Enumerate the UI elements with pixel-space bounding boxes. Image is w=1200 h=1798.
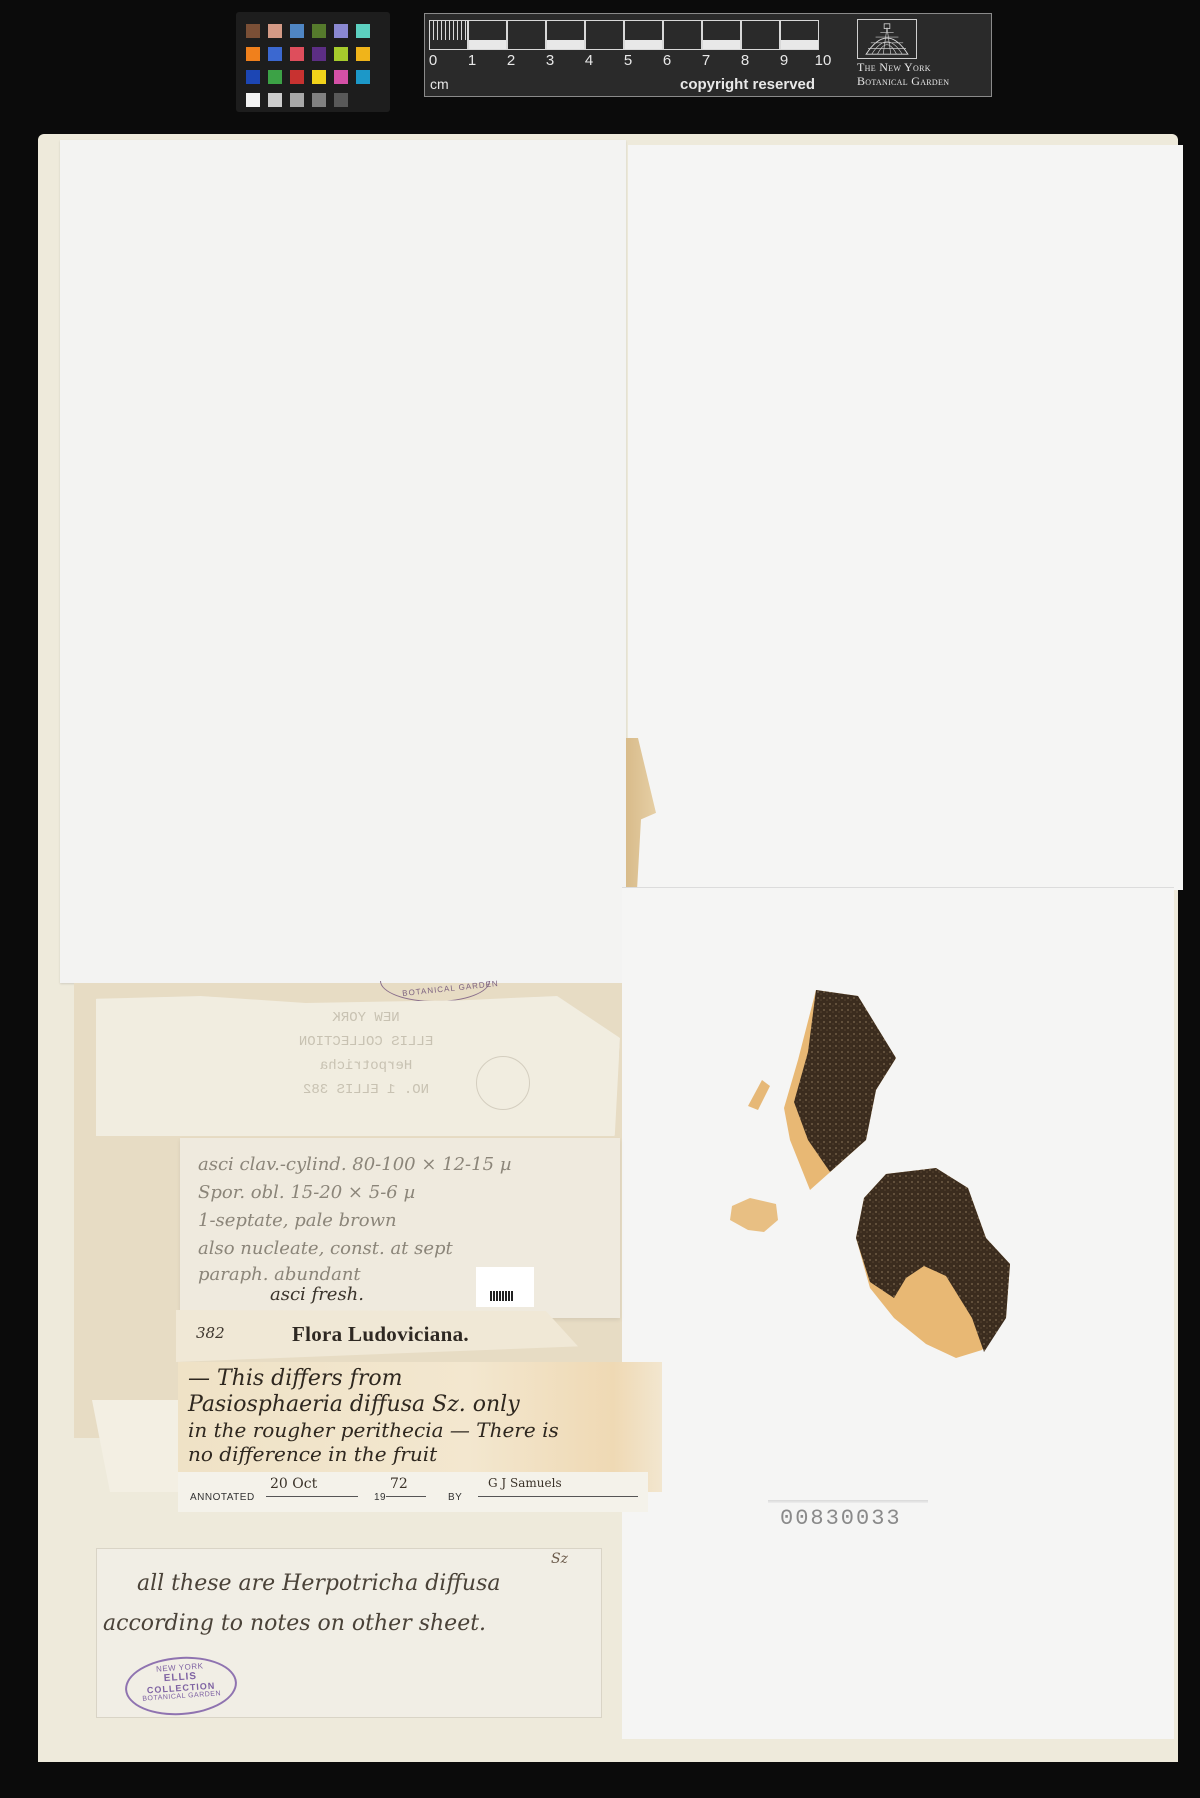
scale-bar-segments (429, 20, 829, 50)
scale-tick-label: 3 (546, 52, 554, 69)
annotation-initials: Sz (551, 1551, 568, 1567)
specimen-crumb (748, 1080, 770, 1110)
barcode-icon (490, 1291, 514, 1301)
scale-unit: cm (430, 76, 449, 92)
color-swatch (312, 47, 326, 61)
conservatory-dome-icon (857, 19, 917, 59)
scale-segment (429, 20, 468, 50)
scale-tick-label: 6 (663, 52, 671, 69)
color-swatch (356, 70, 370, 84)
color-swatch (290, 24, 304, 38)
scale-segment (507, 20, 546, 50)
scale-tick-label: 4 (585, 52, 593, 69)
color-swatch (246, 70, 260, 84)
barcode-tab (476, 1267, 534, 1307)
note-line: asci fresh. (270, 1284, 364, 1305)
flora-title: Flora Ludoviciana. (292, 1322, 469, 1347)
color-swatch (246, 47, 260, 61)
accession-divider (768, 1500, 928, 1503)
scale-segment (585, 20, 624, 50)
scale-tick-label: 10 (815, 52, 832, 69)
annotation-date: 20 Oct (270, 1476, 317, 1492)
annotator-name: G J Samuels (488, 1476, 562, 1490)
scale-segment (702, 20, 741, 50)
institution-name: The New York Botanical Garden (857, 60, 949, 88)
annotation-line: in the rougher perithecia — There is (188, 1418, 559, 1442)
collection-number: 382 (196, 1324, 225, 1342)
showthrough-stamp-circle (476, 1056, 530, 1110)
annotation-line: Pasiosphaeria diffusa Sz. only (188, 1392, 520, 1417)
accession-number: 00830033 (780, 1506, 902, 1531)
color-swatch (334, 47, 348, 61)
scale-segment (780, 20, 819, 50)
color-swatch (312, 24, 326, 38)
year-prefix: 19 (374, 1492, 386, 1503)
scale-tick-label: 8 (741, 52, 749, 69)
scale-segment (741, 20, 780, 50)
color-swatch (290, 93, 304, 107)
note-line: Spor. obl. 15-20 × 5-6 µ (198, 1182, 415, 1203)
scale-tick-label: 7 (702, 52, 710, 69)
by-field-label: BY (448, 1492, 462, 1503)
note-line: also nucleate, const. at sept (198, 1238, 453, 1259)
specimen-fragment-upper (768, 990, 898, 1190)
annotation-line: no difference in the fruit (188, 1442, 437, 1466)
folded-paper-upper-left (60, 140, 626, 983)
color-swatch (334, 70, 348, 84)
note-line: 1-septate, pale brown (198, 1210, 397, 1231)
copyright-notice: copyright reserved (680, 76, 815, 93)
specimen-crumb (730, 1198, 780, 1234)
folded-paper-upper-right (628, 145, 1183, 890)
ellis-collection-stamp: NEW YORK ELLIS COLLECTION BOTANICAL GARD… (123, 1653, 239, 1719)
scale-tick-label: 0 (429, 52, 437, 69)
background-edge (38, 1762, 1178, 1798)
scale-tick-label: 2 (507, 52, 515, 69)
microscopy-notes-label: asci clav.-cylind. 80-100 × 12-15 µ Spor… (180, 1138, 620, 1318)
envelope-showthrough-text: NEW YORK ELLIS COLLECTION Herpotricha NO… (246, 1006, 486, 1102)
ellis-note-line: according to notes on other sheet. (103, 1611, 486, 1636)
color-checker-card (236, 12, 390, 112)
color-swatch (268, 24, 282, 38)
scale-segment (546, 20, 585, 50)
color-swatch (246, 93, 260, 107)
color-swatch (312, 93, 326, 107)
specimen-fragment-lower (856, 1168, 1012, 1358)
scale-segment (624, 20, 663, 50)
color-swatch (356, 24, 370, 38)
color-swatch (356, 93, 370, 107)
scale-tick-label: 5 (624, 52, 632, 69)
color-swatch (312, 70, 326, 84)
annotated-field-label: ANNOTATED (190, 1492, 255, 1503)
color-swatch (268, 47, 282, 61)
ellis-note-line: all these are Herpotricha diffusa (137, 1571, 500, 1596)
note-line: paraph. abundant (198, 1264, 361, 1285)
color-swatch (356, 47, 370, 61)
scale-bar: 012345678910 cm copyright reserved The N… (424, 13, 992, 97)
color-swatch (334, 93, 348, 107)
note-line: asci clav.-cylind. 80-100 × 12-15 µ (198, 1154, 511, 1175)
ellis-collection-label: Sz all these are Herpotricha diffusa acc… (96, 1548, 602, 1718)
scale-segment (663, 20, 702, 50)
annotation-year: 72 (390, 1476, 408, 1492)
color-swatch (268, 93, 282, 107)
scale-tick-label: 9 (780, 52, 788, 69)
specimen-envelope: NEW YORK ELLIS COLLECTION Herpotricha NO… (96, 996, 620, 1136)
color-swatch (334, 24, 348, 38)
color-swatch (290, 70, 304, 84)
annotation-form-strip: ANNOTATED 20 Oct 19 72 BY G J Samuels (178, 1472, 648, 1512)
color-swatch (290, 47, 304, 61)
color-swatch (268, 70, 282, 84)
color-swatch (246, 24, 260, 38)
scale-tick-label: 1 (468, 52, 476, 69)
scale-segment (468, 20, 507, 50)
annotation-line: — This differs from (188, 1366, 402, 1391)
